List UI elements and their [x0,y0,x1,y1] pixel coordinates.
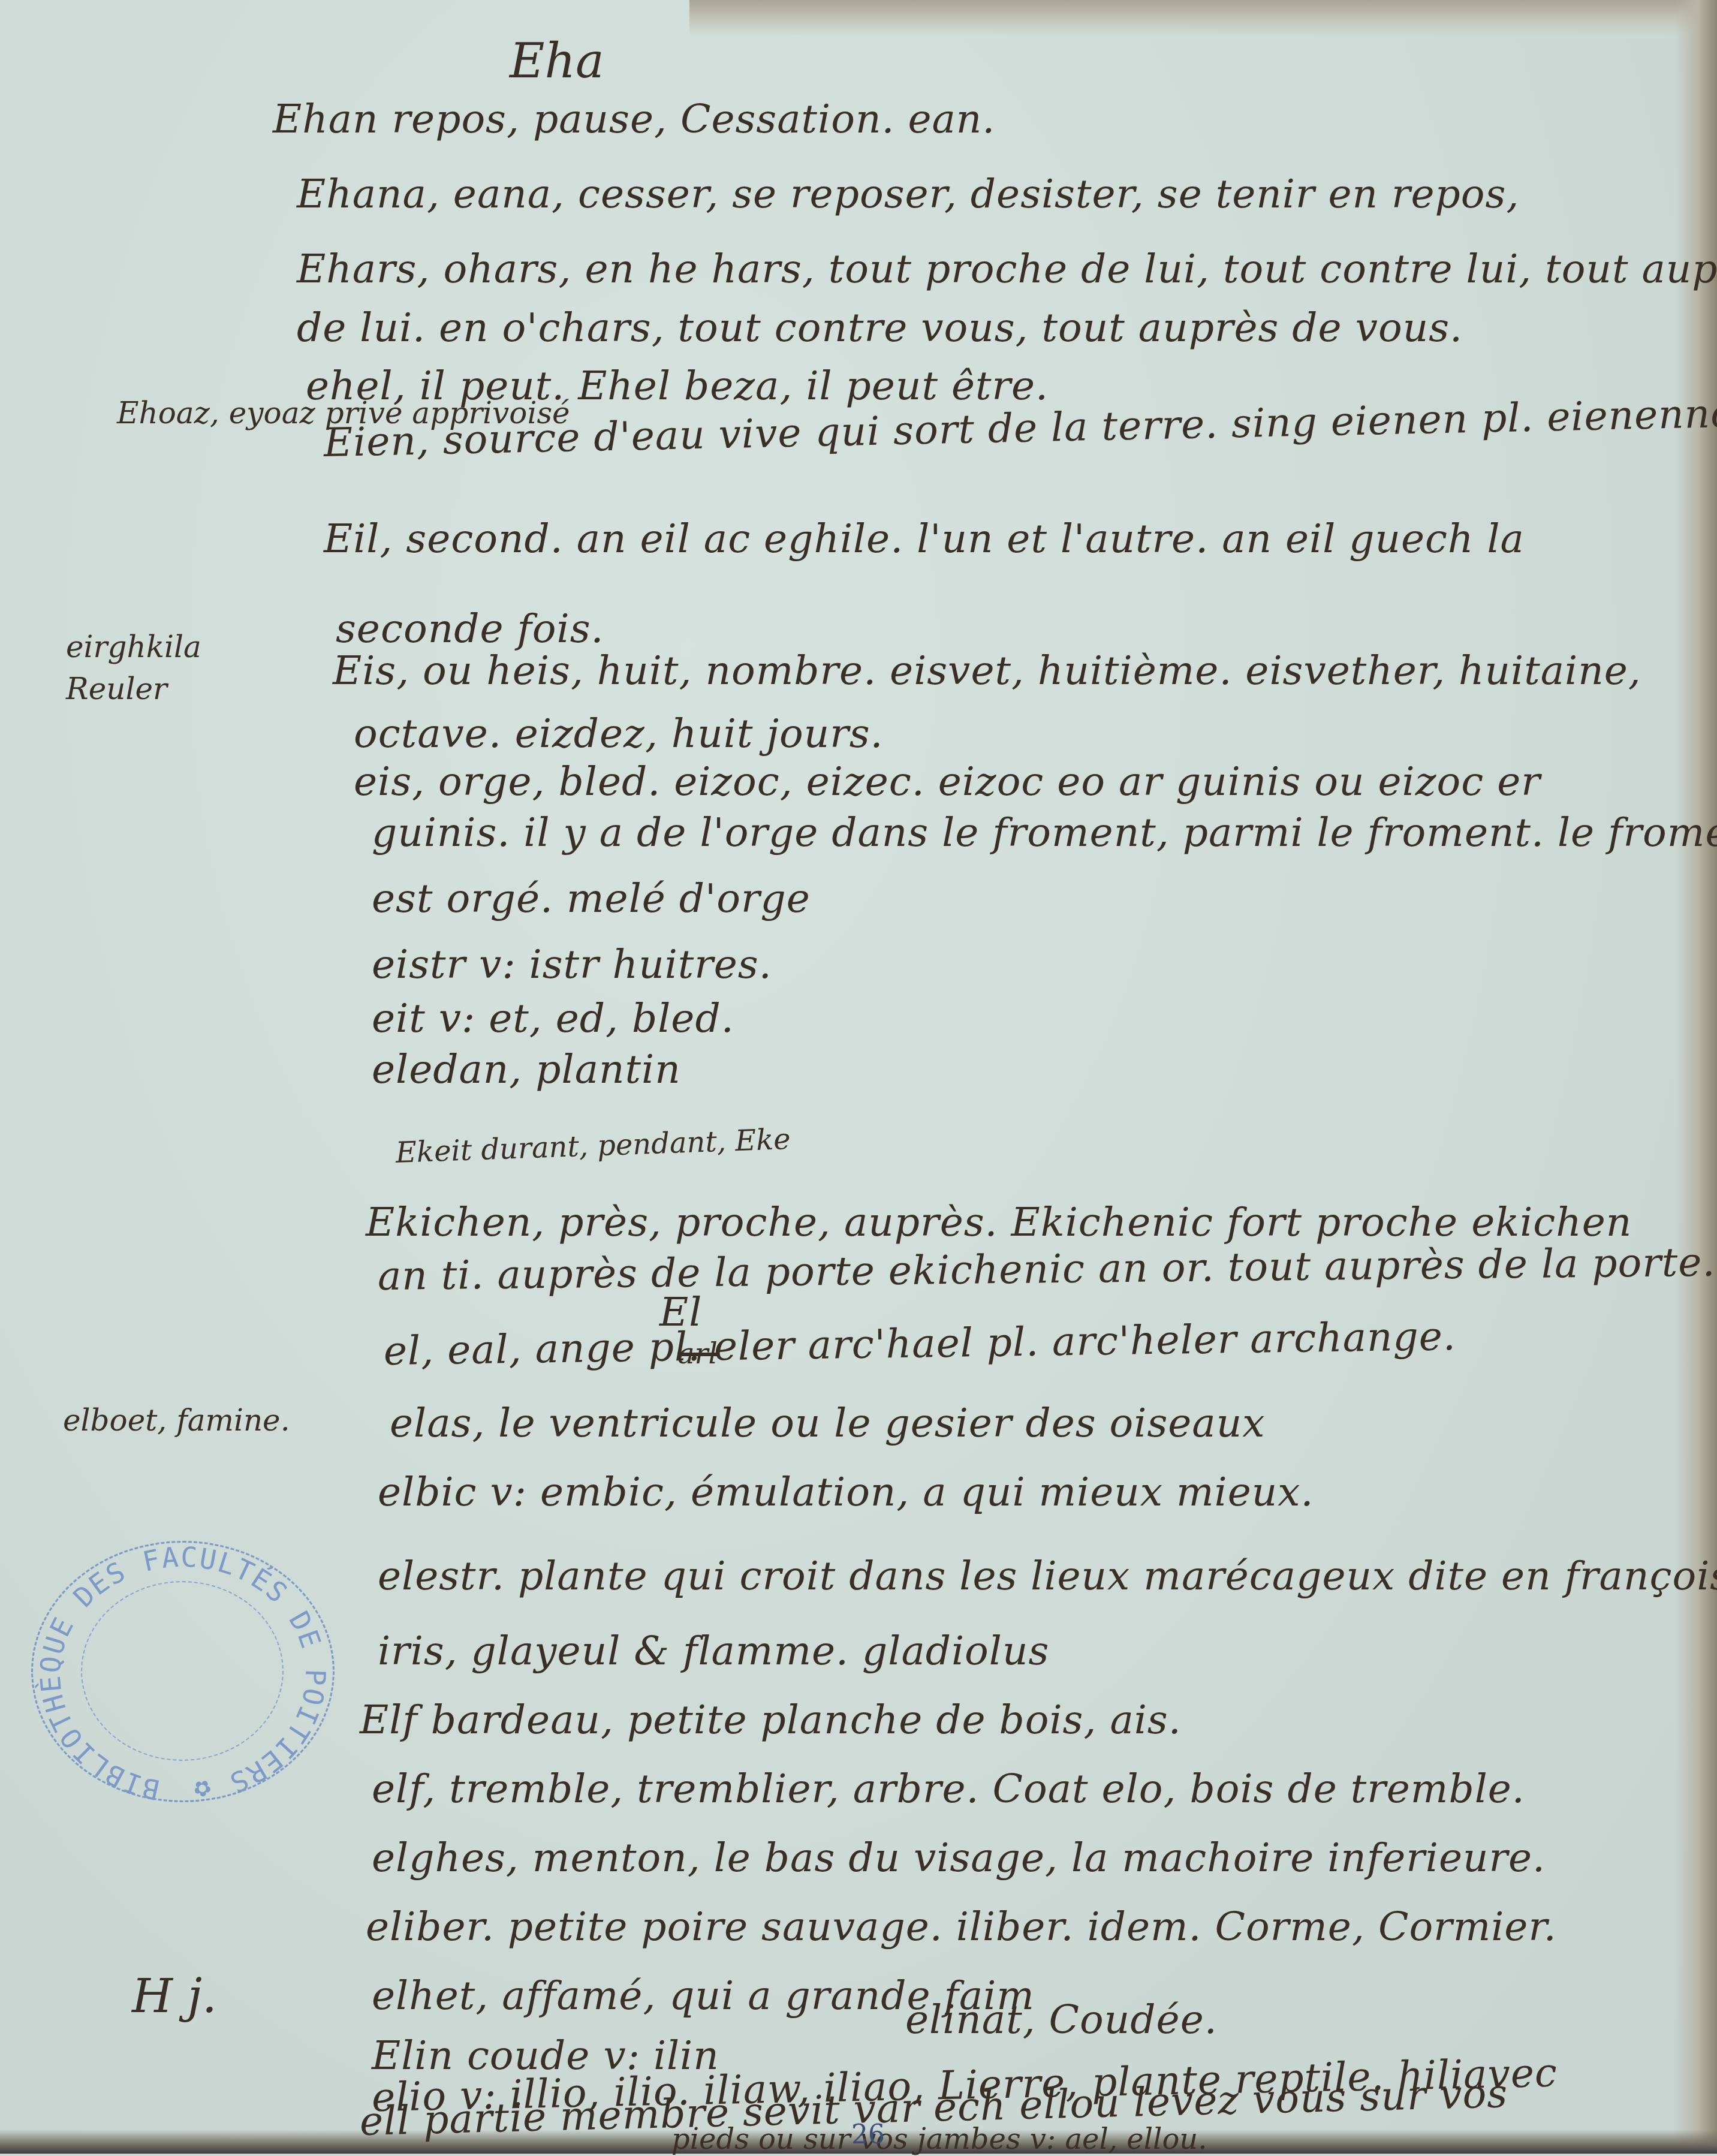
entry-line: Elf bardeau, petite planche de bois, ais… [360,1697,1182,1743]
entry-line: octave. eizdez, huit jours. [354,710,884,757]
page-heading: Eha [510,33,604,89]
page-number: 26 [851,2119,885,2150]
entry-line: Ehars, ohars, en he hars, tout proche de… [297,246,1717,292]
entry-line: eistr v: istr huitres. [372,941,772,987]
margin-note: elboet, famine. [63,1403,290,1438]
entry-line: elbic v: embic, émulation, a qui mieux m… [378,1469,1314,1515]
entry-line: elestr. plante qui croit dans les lieux … [378,1553,1717,1599]
entry-line: Ekeit durant, pendant, Eke [395,1122,791,1170]
entry-line: eis, orge, bled. eizoc, eizec. eizoc eo … [354,758,1541,805]
entry-line: elas, le ventricule ou le gesier des ois… [390,1400,1265,1446]
folio-mark: H j. [132,1970,217,2023]
page-gutter-edge [1675,0,1717,2154]
torn-top-edge [689,0,1717,36]
entry-line: eliber. petite poire sauvage. iliber. id… [366,1904,1557,1950]
entry-line: pieds ou sur vos jambes v: ael, ellou. [671,2122,1207,2154]
manuscript-page: Eha Ehan repos, pause, Cessation. ean. E… [0,0,1717,2154]
entry-line: Ekichen, près, proche, auprès. Ekichenic… [366,1199,1632,1245]
entry-line: de lui. en o'chars, tout contre vous, to… [297,305,1463,351]
margin-note: eirghkila [66,630,201,664]
entry-line: est orgé. melé d'orge [372,875,811,922]
struck-word: arl [677,1337,718,1371]
entry-line: guinis. il y a de l'orge dans le froment… [372,809,1717,856]
entry-line: elinat, Coudée. [905,1997,1218,2043]
entry-line: eledan, plantin [372,1046,681,1092]
margin-note: Reuler [66,672,167,706]
entry-line: el, eal, ange pl. eler arc'hael pl. arc'… [383,1313,1456,1374]
margin-note: Ehoaz, eyoaz privé apprivoisé [117,396,570,430]
entry-line: elghes, menton, le bas du visage, la mac… [372,1835,1546,1881]
entry-line: Ehana, eana, cesser, se reposer, desiste… [297,171,1519,217]
entry-line: Eis, ou heis, huit, nombre. eisvet, huit… [333,648,1641,694]
entry-line: Ehan repos, pause, Cessation. ean. [273,96,995,142]
entry-line: elf, tremble, tremblier, arbre. Coat elo… [372,1766,1525,1812]
entry-line: iris, glayeul & flamme. gladiolus [378,1628,1049,1674]
library-stamp-text-ring: BIBLIOTHÈQUE DES FACULTÉS DE POITIERS ✿ [33,1543,333,1800]
entry-line: an ti. auprès de la porte ekichenic an o… [378,1239,1716,1299]
library-stamp: BIBLIOTHÈQUE DES FACULTÉS DE POITIERS ✿ [31,1541,335,1802]
entry-line: Eil, second. an eil ac eghile. l'un et l… [324,516,1525,562]
entry-line: eit v: et, ed, bled. [372,995,734,1041]
svg-text:BIBLIOTHÈQUE DES FACULTÉS DE P: BIBLIOTHÈQUE DES FACULTÉS DE POITIERS ✿ [34,1543,332,1800]
entry-line: seconde fois. [336,606,604,652]
stamp-text: BIBLIOTHÈQUE DES FACULTÉS DE POITIERS ✿ [34,1543,332,1800]
